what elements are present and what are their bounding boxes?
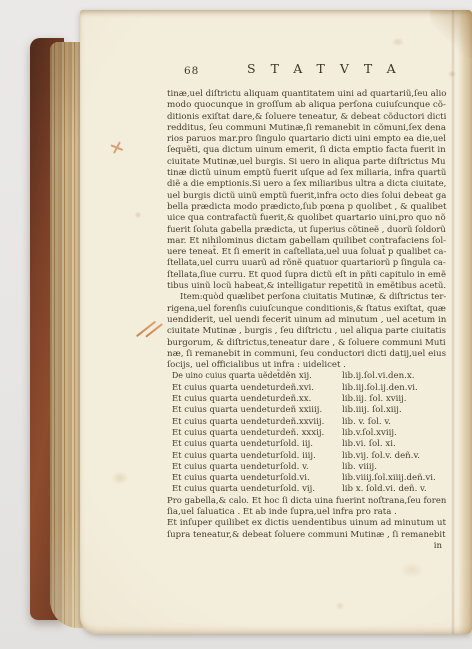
text-line: ſequẽti, qua dictum uinum emerit, ſi dic… — [167, 145, 446, 156]
row-label: Et cuius quarta uendetur — [172, 417, 280, 428]
table-row: Et cuius quarta uendeturdeñ.xxviij.lib. … — [167, 417, 446, 428]
text-line: diẽ a die emptionis.Si uero a ſex miliar… — [167, 179, 446, 190]
text-line-content: ditionis exiſtat dare,& ſoluere teneatur… — [167, 112, 446, 123]
text-line: uendiderit, uel uendi fecerit uinum ad m… — [167, 315, 446, 326]
text-line: ſtellata,uel curru uuarũ ad rõnẽ quatuor… — [167, 258, 446, 269]
text-line-content: Pro gabella,& calo. Et hoc ſi dicta uina… — [167, 496, 446, 507]
text-line: næ, ſi remanebit in communi, ſeu conduct… — [167, 349, 446, 360]
row-rate: deñ xxiiij. — [280, 405, 342, 416]
table-row: Et cuius quarta uendeturſold. iij.lib.vi… — [167, 439, 446, 450]
text-block: 68 STATVTA tinæ,uel diſtrictu aliquam qu… — [167, 63, 446, 552]
row-label: Et cuius quarta uendetur — [172, 473, 280, 484]
text-line: ſocijs, uel officialibus ut infra : uide… — [167, 360, 446, 371]
text-line-content: redditus, ſeu communi Mutinæ,ſi remanebi… — [167, 123, 446, 134]
row-rate: ſold.vi. — [280, 473, 342, 484]
row-rate: deñ.xvi. — [280, 383, 342, 394]
text-line-content: ciuitate Mutinæ , burgis , ſeu diſtrictu… — [167, 326, 446, 337]
text-line: uel burgis dictũ uinũ emptũ fuerit,infra… — [167, 191, 446, 202]
row-rate: ſold. iij. — [280, 439, 342, 450]
row-rate: deñ.xxviij. — [280, 417, 342, 428]
fore-edge — [458, 10, 472, 634]
page-number: 68 — [184, 66, 199, 77]
photo-backdrop: 68 STATVTA tinæ,uel diſtrictu aliquam qu… — [0, 0, 472, 649]
text-line-content: ſia,uel ſaluatica . Et ab inde ſupra,uel… — [167, 507, 397, 518]
text-line-content: burgorum, & diſtrictus,teneatur dare , &… — [167, 338, 446, 349]
row-amount: lib. viiij. — [342, 462, 446, 473]
text-line: ciuitate Mutinæ,uel burgis. Si uero in a… — [167, 157, 446, 168]
table-row: Et cuius quarta uendeturſold. vij.lib x.… — [167, 484, 446, 495]
table-row: Et cuius quarta uendeturſold. iiij.lib.v… — [167, 451, 446, 462]
margin-annotation-slashes — [136, 317, 168, 347]
table-row: Et cuius quarta uendeturſold.vi.lib.viii… — [167, 473, 446, 484]
text-line: fuerit ſoluta gabella prædicta, ut ſuper… — [167, 225, 446, 236]
text-line-content: rigena,uel forenſis cuiuſcunque conditio… — [167, 304, 446, 315]
row-amount: lib.iij.ſol.ij.den.vi. — [342, 383, 446, 394]
text-line-content: næ, ſi remanebit in communi, ſeu conduct… — [167, 349, 446, 360]
text-line: tinæ,uel diſtrictu aliquam quantitatem u… — [167, 89, 446, 100]
table-row: Et cuius quarta uendeturdeñ. xxxij.lib.v… — [167, 428, 446, 439]
text-line: ditionis exiſtat dare,& ſoluere teneatur… — [167, 112, 446, 123]
text-line-content: uere teneat̃. Et ſi emerit in caſtellata… — [167, 247, 446, 258]
text-line: Et inſuper quilibet ex dictis uendentibu… — [167, 518, 446, 529]
row-label: Et cuius quarta uendetur — [172, 451, 280, 462]
text-line-content: ſtellata,ſiue curru. Et quod ſupra dictũ… — [167, 270, 446, 281]
text-line-content: mar. Et nihilominus dictam gabellam quil… — [167, 236, 446, 247]
text-line: redditus, ſeu communi Mutinæ,ſi remanebi… — [167, 123, 446, 134]
closing-paragraph-1: Pro gabella,& calo. Et hoc ſi dicta uina… — [167, 496, 446, 519]
text-line-content: ſtellata,uel curru uuarũ ad rõnẽ quatuor… — [167, 258, 446, 269]
row-amount: lib. v. ſol. v. — [342, 417, 446, 428]
row-rate: dẽn xij. — [280, 371, 342, 382]
closing-paragraph-2: Et inſuper quilibet ex dictis uendentibu… — [167, 518, 446, 541]
row-rate: ſold. vij. — [280, 484, 342, 495]
row-label: Et cuius quarta uendetur — [172, 428, 280, 439]
text-line: ſtellata,ſiue curru. Et quod ſupra dictũ… — [167, 270, 446, 281]
text-line-content: uel burgis dictũ uinũ emptũ fuerit,infra… — [167, 191, 446, 202]
text-line-content: uice qua contrafactũ fuerit,& quolibet q… — [167, 213, 446, 224]
text-line: tinæ dictũ uinum emptũ fuerit uſque ad ſ… — [167, 168, 446, 179]
text-line: uere teneat̃. Et ſi emerit in caſtellata… — [167, 247, 446, 258]
text-line-content: diẽ a die emptionis.Si uero a ſex miliar… — [167, 179, 446, 190]
book-page: 68 STATVTA tinæ,uel diſtrictu aliquam qu… — [80, 10, 472, 634]
text-line-content: tinæ dictũ uinum emptũ fuerit uſque ad ſ… — [167, 168, 446, 179]
text-line: uice qua contrafactũ fuerit,& quolibet q… — [167, 213, 446, 224]
catchword-row: in — [167, 541, 446, 552]
row-rate: ſold. v. — [280, 462, 342, 473]
row-label: Et cuius quarta uendetur — [172, 383, 280, 394]
text-line: burgorum, & diſtrictus,teneatur dare , &… — [167, 338, 446, 349]
page-crease — [451, 10, 455, 634]
table-row: Et cuius quarta uendeturſold. v.lib. vii… — [167, 462, 446, 473]
text-line-content: tibus uinũ locũ habeat,& intelligatur re… — [167, 281, 446, 292]
row-rate: ſold. iiij. — [280, 451, 342, 462]
text-line-content: tinæ,uel diſtrictu aliquam quantitatem u… — [167, 89, 446, 100]
text-line: rigena,uel forenſis cuiuſcunque conditio… — [167, 304, 446, 315]
text-line-content: ſupra teneatur,& debeat ſoluere communi … — [167, 530, 446, 541]
row-amount: lib.vi. ſol. xi. — [342, 439, 446, 450]
row-label: Et cuius quarta uendetur — [172, 462, 280, 473]
text-line: rios paruos mar.pro ſingulo quartario di… — [167, 134, 446, 145]
catchword: in — [434, 541, 442, 551]
text-line-content: Item:quòd quælibet perſona ciuitatis Mut… — [180, 292, 446, 303]
row-amount: lib.iij. ſol. xviij. — [342, 394, 446, 405]
text-line: ſupra teneatur,& debeat ſoluere communi … — [167, 530, 446, 541]
row-rate: deñ. xxxij. — [280, 428, 342, 439]
text-line-content: Et inſuper quilibet ex dictis uendentibu… — [167, 518, 446, 529]
text-line-content: ſequẽti, qua dictum uinum emerit, ſi dic… — [167, 145, 446, 156]
text-line-content: bella prædicta modo prædicto,ſub pœna p … — [167, 202, 446, 213]
table-row: Et cuius quarta uendeturdeñ.xvi.lib.iij.… — [167, 383, 446, 394]
row-label: De uino cuius quarta uẽdet̃ — [172, 371, 280, 382]
row-label: Et cuius quarta uendetur — [172, 405, 280, 416]
table-row: De uino cuius quarta uẽdet̃dẽn xij.lib.i… — [167, 371, 446, 382]
page-corner-curl — [430, 10, 472, 58]
table-row: Et cuius quarta uendeturdeñ.xx.lib.iij. … — [167, 394, 446, 405]
row-amount: lib.v.ſol.xviij. — [342, 428, 446, 439]
paragraph-item: Item:quòd quælibet perſona ciuitatis Mut… — [167, 292, 446, 371]
row-amount: lib.viiij.ſol.xiiij.deñ.vi. — [342, 473, 446, 484]
text-line: bella prædicta modo prædicto,ſub pœna p … — [167, 202, 446, 213]
text-line: ciuitate Mutinæ , burgis , ſeu diſtrictu… — [167, 326, 446, 337]
text-line-content: modo quocunque in groſſum ab aliqua perſ… — [167, 100, 446, 111]
margin-annotation-cross — [110, 140, 124, 156]
row-label: Et cuius quarta uendetur — [172, 394, 280, 405]
text-line-content: fuerit ſoluta gabella prædicta, ut ſuper… — [167, 225, 446, 236]
table-row: Et cuius quarta uendeturdeñ xxiiij.lib.i… — [167, 405, 446, 416]
row-amount: lib.iiij. ſol.xiij. — [342, 405, 446, 416]
text-line: ſia,uel ſaluatica . Et ab inde ſupra,uel… — [167, 507, 446, 518]
row-label: Et cuius quarta uendetur — [172, 439, 280, 450]
text-line-content: rios paruos mar.pro ſingulo quartario di… — [167, 134, 446, 145]
text-line: mar. Et nihilominus dictam gabellam quil… — [167, 236, 446, 247]
row-rate: deñ.xx. — [280, 394, 342, 405]
price-table: De uino cuius quarta uẽdet̃dẽn xij.lib.i… — [167, 371, 446, 495]
paragraph-continuation: tinæ,uel diſtrictu aliquam quantitatem u… — [167, 89, 446, 292]
row-amount: lib.ij.ſol.vi.den.x. — [342, 371, 446, 382]
text-line: tibus uinũ locũ habeat,& intelligatur re… — [167, 281, 446, 292]
row-label: Et cuius quarta uendetur — [172, 484, 280, 495]
text-line: Item:quòd quælibet perſona ciuitatis Mut… — [167, 292, 446, 303]
text-line: Pro gabella,& calo. Et hoc ſi dicta uina… — [167, 496, 446, 507]
row-amount: lib.vij. ſol.v. deñ.v. — [342, 451, 446, 462]
text-line-content: ciuitate Mutinæ,uel burgis. Si uero in a… — [167, 157, 446, 168]
row-amount: lib x. ſold.vi. deñ. v. — [342, 484, 446, 495]
page-header: 68 STATVTA — [167, 63, 446, 79]
text-line: modo quocunque in groſſum ab aliqua perſ… — [167, 100, 446, 111]
text-line-content: uendiderit, uel uendi fecerit uinum ad m… — [167, 315, 446, 326]
running-title: STATVTA — [247, 63, 411, 74]
text-line-content: ſocijs, uel officialibus ut infra : uide… — [167, 360, 346, 371]
